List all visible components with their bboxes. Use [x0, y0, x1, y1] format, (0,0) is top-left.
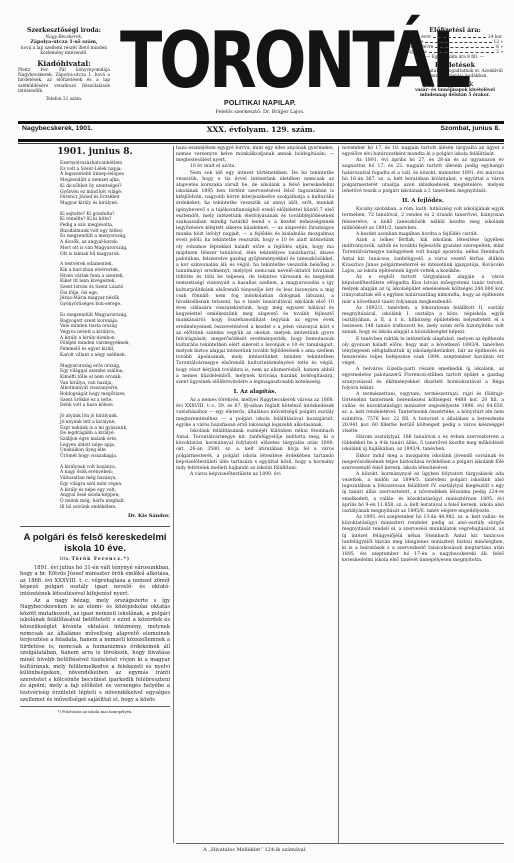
article-paragraph: Az a nemes törekvés, mellyel Nagybecsker… [176, 398, 334, 429]
article-title: A polgári és felső kereskedelmi iskola 1… [20, 532, 170, 555]
day-date: Szombat, junius 8. [440, 125, 500, 132]
article-paragraph: 1891. évi julius hó 31-én vált ténynyé v… [20, 565, 170, 598]
article-paragraph: Az 1891. évi április hó 27. és 28-án és … [342, 158, 504, 195]
poem-stanza: Ki sejtette? Ki gondolta? Ki remélte? Ki… [20, 212, 170, 258]
article-paragraph: Ekkor indul meg a mozgalom iskolánk jöve… [342, 454, 504, 472]
article-paragraph: E tanévben rakták le intézetünk alapfala… [342, 337, 504, 368]
article-paragraph: Három osztálylyal, 186 tanulóval s ez év… [342, 435, 504, 453]
article-body-section2: Kicsiny szobában, a róm. kath. hitközség… [342, 207, 504, 564]
article-paragraph: A belváros Gizella-parti részén emelkedi… [342, 367, 504, 392]
newspaper-title: TORONTÁL [120, 28, 390, 108]
publisher-text: Pleitz Fer. Pál könyvnyomdája Nagybecske… [18, 68, 110, 95]
column-divider [338, 146, 339, 843]
footer-rule [176, 843, 504, 844]
subscription-info: Előfizetési ára: Egész évre24 kor. Félév… [407, 27, 503, 98]
newspaper-subtitle: POLITIKAI NAPILAP. [120, 100, 400, 107]
supplement-note: A „Hivatalos Melléklet” 124-ik számával. [176, 847, 334, 853]
editorial-note: hová a lap szellemi részét illető minden… [18, 46, 110, 57]
ads-heading: Hirdetések [407, 61, 503, 69]
masthead: Szerkesztőségi iroda: Nagy-Becskerek, Zá… [0, 0, 514, 122]
column-divider [173, 146, 174, 843]
article-byline: Irta: Török Ferencz.*) [20, 557, 170, 563]
section-separator [20, 526, 170, 527]
article-body-section1: Az a nemes törekvés, mellyel Nagybecsker… [176, 398, 334, 478]
editorial-heading: Szerkesztőségi iroda: [18, 27, 110, 35]
article-paragraph: A város képviselőtestülete az 1890. évi [176, 472, 334, 478]
article-paragraph: november hó 17. és 18. napjain tartott ü… [342, 146, 504, 158]
article-paragraph: Az 1892/3. tanévben, a fokozatosan felál… [342, 306, 504, 337]
header-rule-bottom [18, 139, 504, 142]
poem-stanza: Es megzendült Magyarország, Bagyogott sz… [20, 313, 170, 359]
article-paragraph: Iskolánk felállításának eszméjét különbe… [176, 429, 334, 472]
poem-title: 1901. junius 8. [20, 146, 170, 158]
article-body-col2: haza eszméjében egygyé forrva, mint egy … [176, 146, 334, 386]
article-paragraph: Kicsiny szobában, a róm. kath. hitközség… [342, 207, 504, 232]
article-paragraph: Az e végből tartott tárgyalások alapján … [342, 275, 504, 306]
section-heading-founding: I. Az alapítás. [176, 388, 334, 396]
article-body-col1: 1891. évi julius hó 31-én vált ténynyé v… [20, 565, 170, 703]
header-rule-top [18, 121, 504, 124]
column-3: november hó 17. és 18. napjain tartott ü… [342, 146, 504, 564]
footnote: *) Felolvasta az iskola mai ünnepélyén. [20, 706, 170, 715]
header-rule-thin [18, 143, 504, 144]
article-paragraph: Az 1895. évi szeptember hó 13-án 44.982.… [342, 515, 504, 564]
article-paragraph: Azok a lelkes férfiak, kik iskolánk léte… [342, 238, 504, 275]
article-paragraph: A természettani, vegytani, természetrajz… [342, 392, 504, 435]
poem-stanza: Jó atyánk lön jó királyunk, Jó anyánk le… [20, 414, 170, 460]
phone-number: Telefon 21 szám. [18, 97, 110, 102]
poem-stanza: A királynak volt hazánya, A nagy ősök er… [20, 465, 170, 511]
ads-text: a kiadóhivatalban fogadtatnak el. Azonkí… [407, 69, 503, 79]
poem-stanza: Ezernyolcszázhatvanhétben Ez volt a Szen… [20, 161, 170, 207]
article-paragraph: Az a nagy hézag, mely országszerte s így… [20, 598, 170, 704]
column-1: 1901. junius 8. Ezernyolcszázhatvanhétbe… [20, 146, 170, 715]
dateline: Nagybecskerek, 1901. XXX. évfolyam. 129.… [22, 125, 500, 137]
subscription-heading: Előfizetési ára: [407, 27, 503, 35]
section-heading-development: II. A fejlődés. [342, 197, 504, 205]
responsible-editor: Felelős szerkesztő: Dr. Brájjer Lajos. [120, 110, 400, 115]
author-name: Török Ferencz.*) [72, 557, 131, 562]
poem-stanza: A testvérek odamentek, Kik a harczban el… [20, 262, 170, 308]
poem-stanza: Magyarország erős ország, Egy világgal s… [20, 364, 170, 410]
poem-signature: Dr. Kis Sándor. [20, 513, 170, 519]
column-2: haza eszméjében egygyé forrva, mint egy … [176, 146, 334, 478]
article-body-col3: november hó 17. és 18. napjain tartott ü… [342, 146, 504, 195]
single-issue-price: — Egyes szám ára 8 fill. — [407, 55, 503, 60]
appears-heading: Megjelenik [407, 80, 503, 88]
appears-text: vasár- és ünnepnapok kivételével mindenn… [407, 88, 503, 98]
volume-issue: XXX. évfolyam. 129. szám. [22, 125, 500, 134]
article-paragraph: haza eszméjében egygyé forrva, mint egy … [176, 146, 334, 164]
article-paragraph: A közokt. kormánynyal ez ügyben folytato… [342, 472, 504, 515]
editorial-office-info: Szerkesztőségi iroda: Nagy-Becskerek, Zá… [18, 27, 110, 102]
article-paragraph: Nem sok idő egy intézet történetében. De… [176, 171, 334, 386]
publisher-heading: Kiadóhivatal: [18, 59, 110, 68]
